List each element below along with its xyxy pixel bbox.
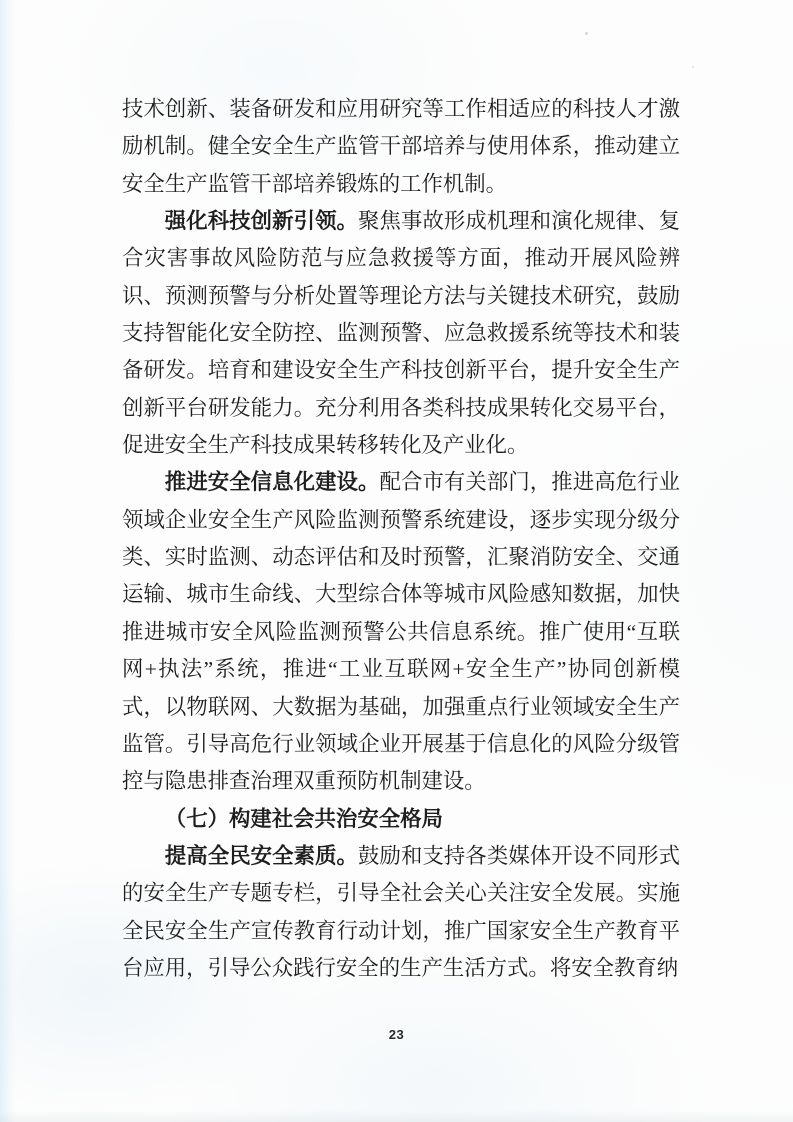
paragraph-text: 技术创新、装备研发和应用研究等工作相适应的科技人才激励机制。健全安全生产监管干部… — [122, 97, 680, 196]
paragraph-text: 聚焦事故形成机理和演化规律、复合灾害事故风险防范与应急救援等方面，推动开展风险辨… — [122, 209, 680, 457]
paragraph-talent-mechanism: 技术创新、装备研发和应用研究等工作相适应的科技人才激励机制。健全安全生产监管干部… — [122, 91, 680, 203]
page-number: 23 — [0, 1027, 793, 1042]
document-page: 技术创新、装备研发和应用研究等工作相适应的科技人才激励机制。健全安全生产监管干部… — [0, 0, 793, 1122]
paragraph-lead: 推进安全信息化建设。 — [165, 470, 380, 494]
scan-top-edge-line — [0, 6, 793, 8]
paragraph-lead: 提高全民安全素质。 — [165, 844, 358, 868]
scan-left-edge-tint — [0, 0, 16, 1122]
paragraph-safety-informatization: 推进安全信息化建设。配合市有关部门，推进高危行业领域企业安全生产风险监测预警系统… — [122, 464, 680, 800]
paragraph-text: 配合市有关部门，推进高危行业领域企业安全生产风险监测预警系统建设，逐步实现分级分… — [122, 470, 680, 793]
section-heading: （七）构建社会共治安全格局 — [122, 801, 680, 838]
paragraph-public-safety-quality: 提高全民安全素质。鼓励和支持各类媒体开设不同形式的安全生产专题专栏，引导全社会关… — [122, 838, 680, 987]
paragraph-tech-innovation: 强化科技创新引领。聚焦事故形成机理和演化规律、复合灾害事故风险防范与应急救援等方… — [122, 203, 680, 464]
document-body: 技术创新、装备研发和应用研究等工作相适应的科技人才激励机制。健全安全生产监管干部… — [122, 91, 680, 987]
scan-speck — [692, 66, 694, 68]
scan-speck — [585, 32, 588, 35]
scan-bottom-edge-tint — [0, 1110, 793, 1122]
paragraph-lead: 强化科技创新引领。 — [165, 209, 358, 233]
